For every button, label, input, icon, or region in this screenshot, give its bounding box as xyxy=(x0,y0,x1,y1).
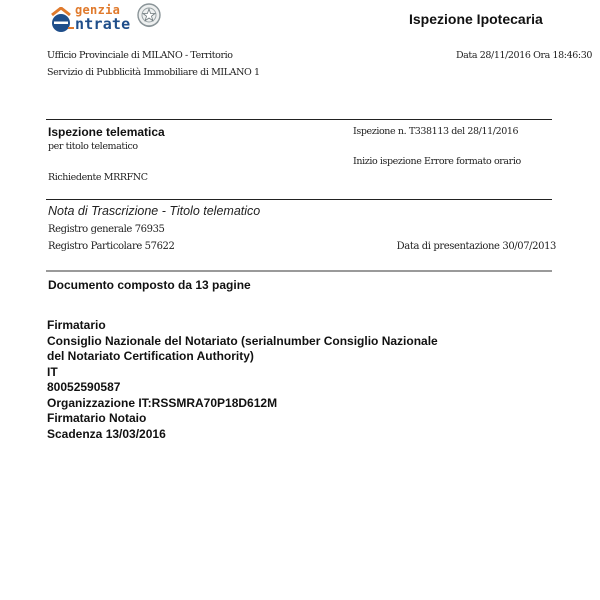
requester: Richiedente MRRFNC xyxy=(48,172,148,183)
document-title: Ispezione Ipotecaria xyxy=(409,11,543,27)
registro-particolare: Registro Particolare 57622 xyxy=(48,241,175,252)
divider xyxy=(46,270,552,272)
signer-serial: 80052590587 xyxy=(47,380,438,396)
inspection-number: Ispezione n. T338113 del 28/11/2016 xyxy=(353,126,518,137)
signer-label: Firmatario xyxy=(47,318,438,334)
signer-name-cont: del Notariato Certification Authority) xyxy=(47,349,438,365)
page-count: Documento composto da 13 pagine xyxy=(48,278,251,292)
office-service: Servizio di Pubblicità Immobiliare di MI… xyxy=(47,67,260,78)
inspection-heading: Ispezione telematica xyxy=(48,125,165,139)
italian-republic-emblem-icon xyxy=(136,2,162,30)
nota-heading: Nota di Trascrizione - Titolo telematico xyxy=(48,204,260,218)
divider xyxy=(46,119,552,120)
logo-e-icon xyxy=(48,7,74,33)
data-presentazione: Data di presentazione 30/07/2013 xyxy=(397,241,556,252)
signer-name: Consiglio Nazionale del Notariato (seria… xyxy=(47,334,438,350)
signer-country: IT xyxy=(47,365,438,381)
signer-organization: Organizzazione IT:RSSMRA70P18D612M xyxy=(47,396,438,412)
inspection-start: Inizio ispezione Errore formato orario xyxy=(353,156,521,167)
inspection-subheading: per titolo telematico xyxy=(48,141,138,152)
divider xyxy=(46,199,552,200)
signer-role: Firmatario Notaio xyxy=(47,411,438,427)
office-name: Ufficio Provinciale di MILANO - Territor… xyxy=(47,50,233,61)
logo-text-ntrate: ntrate xyxy=(75,15,130,33)
print-datetime: Data 28/11/2016 Ora 18:46:30 xyxy=(456,50,592,61)
signer-block: Firmatario Consiglio Nazionale del Notar… xyxy=(47,318,438,442)
registro-generale: Registro generale 76935 xyxy=(48,224,165,235)
signer-expiry: Scadenza 13/03/2016 xyxy=(47,427,438,443)
